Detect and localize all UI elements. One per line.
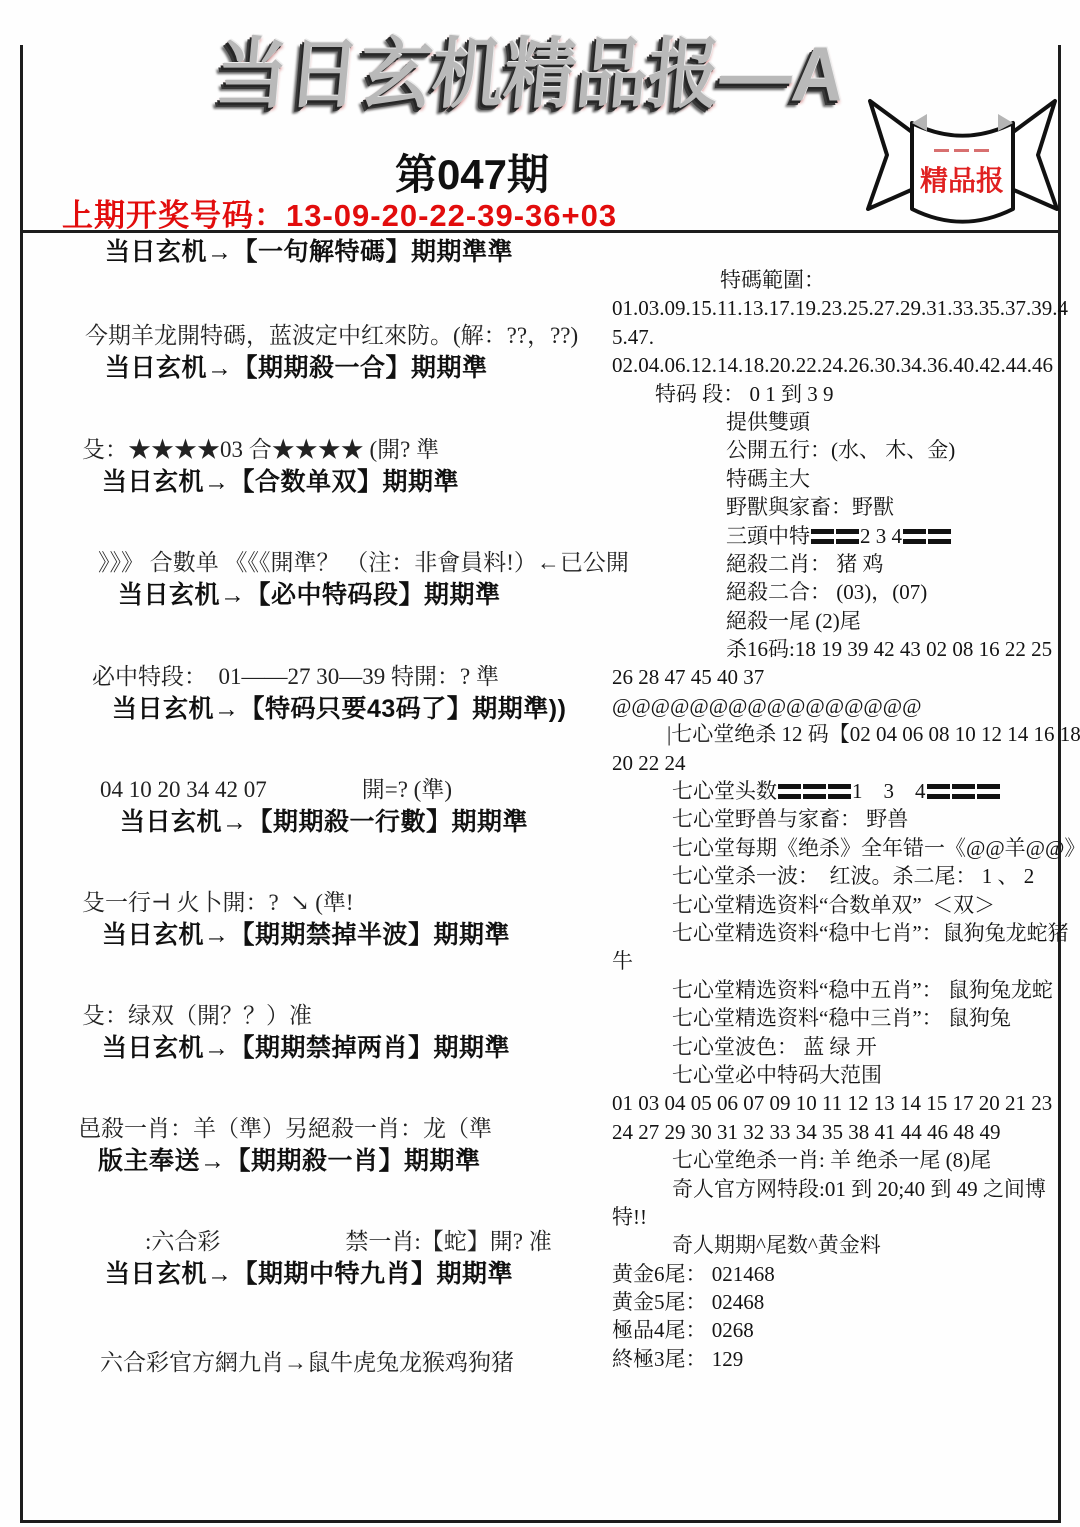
newspaper-page: 当日玄机精品报—A 第047期 上期开奖号码：13-09-20-22-39-36… xyxy=(0,0,1080,1527)
ribbon-badge-icon: 精品报 xyxy=(860,82,1065,234)
info-line: 特碼範圍： xyxy=(720,266,1062,294)
info-line: 七心堂杀一波： 红波。杀二尾： 1 、 2 xyxy=(672,862,1062,890)
page-border-bottom xyxy=(20,1520,1061,1523)
tip-hint: 邑殺一肖：羊（準）另絕殺一肖：龙（準 xyxy=(78,1113,618,1145)
info-line: 黄金6尾： 021468 xyxy=(612,1260,1062,1288)
info-line: 七心堂每期《绝杀》全年错一《@@羊@@》 xyxy=(672,834,1062,862)
tip-hint: 殳：★★★★03 合★★★★ (開? 準 xyxy=(82,434,622,466)
badge-marks xyxy=(934,149,989,152)
tip-block: :六合彩禁一肖:【蛇】開? 准 当日玄机→【期期中特九肖】期期準 xyxy=(85,1226,625,1291)
tip-result: 当日玄机→【必中特码段】期期準 xyxy=(118,579,638,612)
badge-label: 精品报 xyxy=(920,164,1004,197)
info-line: 七心堂必中特码大范围 xyxy=(672,1061,1062,1089)
masked-line-numbers: 2 3 4 xyxy=(860,524,902,548)
info-line: 24 27 29 30 31 32 33 34 35 38 41 44 46 4… xyxy=(612,1118,1062,1146)
masked-bar xyxy=(952,784,975,799)
page-border-left xyxy=(20,45,23,1523)
info-line: 奇人官方网特段:01 到 20;40 到 49 之间博 xyxy=(672,1175,1062,1203)
masked-line-prefix: 七心堂头数 xyxy=(672,779,777,803)
tip-hint-numbers: 04 10 20 34 42 07 xyxy=(100,777,267,802)
masked-line-numbers: 1 3 4 xyxy=(852,779,926,803)
tip-block: 殳一行⊣ 火卜開：? ↘ (準! 当日玄机→【期期禁掉半波】期期準 xyxy=(82,887,622,952)
info-line: 七心堂精选资料“稳中五肖”： 鼠狗兔龙蛇 xyxy=(672,976,1062,1004)
info-line: 絕殺二合： (03)，(07) xyxy=(726,578,1062,606)
tip-hint: 殳：绿双（開？？）准 xyxy=(82,1000,622,1032)
info-line: 黄金5尾： 02468 xyxy=(612,1288,1062,1316)
masked-bar xyxy=(927,784,950,799)
page-title: 当日玄机精品报—A xyxy=(176,33,883,118)
info-line: 特!! xyxy=(612,1203,1062,1231)
info-line: 七心堂精选资料“稳中七肖”：鼠狗兔龙蛇猪 xyxy=(672,919,1062,947)
info-line: 02.04.06.12.14.18.20.22.24.26.30.34.36.4… xyxy=(612,351,1062,379)
info-line: |七心堂绝杀 12 码【02 04 06 08 10 12 14 16 18 xyxy=(667,720,1062,748)
masked-line-prefix: 三頭中特 xyxy=(726,524,810,548)
info-line: 杀16码:18 19 39 42 43 02 08 16 22 25 xyxy=(726,635,1062,663)
info-line: 極品4尾： 0268 xyxy=(612,1316,1062,1344)
tip-block: 殳：绿双（開？？）准 当日玄机→【期期禁掉两肖】期期準 xyxy=(82,1000,622,1065)
masked-bar xyxy=(811,529,834,544)
masked-bar xyxy=(903,529,926,544)
tip-block: 殳：★★★★03 合★★★★ (開? 準 当日玄机→【合数单双】期期準 xyxy=(82,434,622,499)
info-line: 絕殺一尾 (2)尾 xyxy=(726,607,1062,635)
tip-hint: 》》》 合數单 《《《開準？ （注：非會員料!）←已公開 xyxy=(98,547,638,579)
info-line: 提供雙頭 xyxy=(726,408,1062,436)
tip-hint: 必中特段： 01——27 30—39 特開：? 準 xyxy=(92,661,632,693)
last-draw-numbers: 上期开奖号码：13-09-20-22-39-36+03 xyxy=(62,190,617,235)
tip-result: 当日玄机→【期期禁掉两肖】期期準 xyxy=(102,1032,622,1065)
tip-result: 当日玄机→【期期殺一行數】期期準 xyxy=(120,806,640,839)
info-line: 七心堂绝杀一肖: 羊 绝杀一尾 (8)尾 xyxy=(672,1146,1062,1174)
tip-block: 今期羊龙開特碼，蓝波定中红來防。(解：??，??) 当日玄机→【期期殺一合】期期… xyxy=(85,320,625,385)
tip-block: 04 10 20 34 42 07開=? (準) 当日玄机→【期期殺一行數】期期… xyxy=(100,774,640,839)
masked-bar xyxy=(928,529,951,544)
masked-bar xyxy=(803,784,826,799)
tip-result: 当日玄机→【期期禁掉半波】期期準 xyxy=(102,919,622,952)
masked-bar xyxy=(828,784,851,799)
tip-block: 必中特段： 01——27 30—39 特開：? 準 当日玄机→【特码只要43码了… xyxy=(92,661,632,726)
tip-result: 当日玄机→【期期中特九肖】期期準 xyxy=(105,1258,625,1291)
tip-hint-right: 禁一肖:【蛇】開? 准 xyxy=(345,1226,551,1258)
tip-result: 当日玄机→【一句解特碼】期期準準 xyxy=(105,236,625,269)
info-line: 野獸與家畜：野獸 xyxy=(726,493,1062,521)
info-line: 七心堂波色： 蓝 绿 开 xyxy=(672,1033,1062,1061)
info-line: 5.47. xyxy=(612,323,1062,351)
masked-bar xyxy=(836,529,859,544)
info-line: 公開五行：(水、 木、金) xyxy=(726,436,1062,464)
tip-hint-status: 開=? (準) xyxy=(362,774,452,806)
info-line: 01 03 04 05 06 07 09 10 11 12 13 14 15 1… xyxy=(612,1089,1062,1117)
tip-block: 当日玄机→【一句解特碼】期期準準 xyxy=(85,236,625,269)
info-line: 20 22 24 xyxy=(612,749,1062,777)
tip-result: 当日玄机→【期期殺一合】期期準 xyxy=(105,352,625,385)
tip-block: 》》》 合數单 《《《開準？ （注：非會員料!）←已公開 当日玄机→【必中特码段… xyxy=(98,547,638,612)
info-line: 絕殺二肖： 猪 鸡 xyxy=(726,550,1062,578)
info-line: 終極3尾： 129 xyxy=(612,1345,1062,1373)
prediction-column: 特碼範圍： 01.03.09.15.11.13.17.19.23.25.27.2… xyxy=(612,266,1062,1373)
info-line: 七心堂精选资料“合数单双” ＜双＞ xyxy=(672,891,1062,919)
info-line-masked: 三頭中特2 3 4 xyxy=(726,522,1062,550)
info-line: 特码 段： 0 1 到 3 9 xyxy=(655,380,1062,408)
tip-hint: :六合彩禁一肖:【蛇】開? 准 xyxy=(85,1226,625,1258)
tip-result: 当日玄机→【特码只要43码了】期期準)) xyxy=(112,693,632,726)
info-line: 七心堂野兽与家畜： 野兽 xyxy=(672,805,1062,833)
info-line: 26 28 47 45 40 37 xyxy=(612,663,1062,691)
tip-block: 邑殺一肖：羊（準）另絕殺一肖：龙（準 版主奉送→【期期殺一肖】期期準 xyxy=(78,1113,618,1178)
info-line: 特碼主大 xyxy=(726,465,1062,493)
tip-result: 版主奉送→【期期殺一肖】期期準 xyxy=(98,1145,618,1178)
info-line-masked: 七心堂头数1 3 4 xyxy=(672,777,1062,805)
info-line: 牛 xyxy=(612,947,1062,975)
masked-bar xyxy=(778,784,801,799)
info-line: 01.03.09.15.11.13.17.19.23.25.27.29.31.3… xyxy=(612,294,1062,322)
masked-bar xyxy=(977,784,1000,799)
info-line: 奇人期期^尾数^黄金料 xyxy=(672,1231,1062,1259)
info-line: @@@@@@@@@@@@@@@@ xyxy=(612,692,1062,720)
tip-hint: 殳一行⊣ 火卜開：? ↘ (準! xyxy=(82,887,622,919)
nine-zodiac-line: 六合彩官方網九肖→鼠牛虎兔龙猴鸡狗猪 xyxy=(100,1344,514,1377)
tip-hint-left: :六合彩 xyxy=(145,1229,220,1254)
tip-hint: 今期羊龙開特碼，蓝波定中红來防。(解：??，??) xyxy=(85,320,625,352)
tip-result: 当日玄机→【合数单双】期期準 xyxy=(102,466,622,499)
info-line: 七心堂精选资料“稳中三肖”： 鼠狗兔 xyxy=(672,1004,1062,1032)
tip-hint: 04 10 20 34 42 07開=? (準) xyxy=(100,774,640,806)
